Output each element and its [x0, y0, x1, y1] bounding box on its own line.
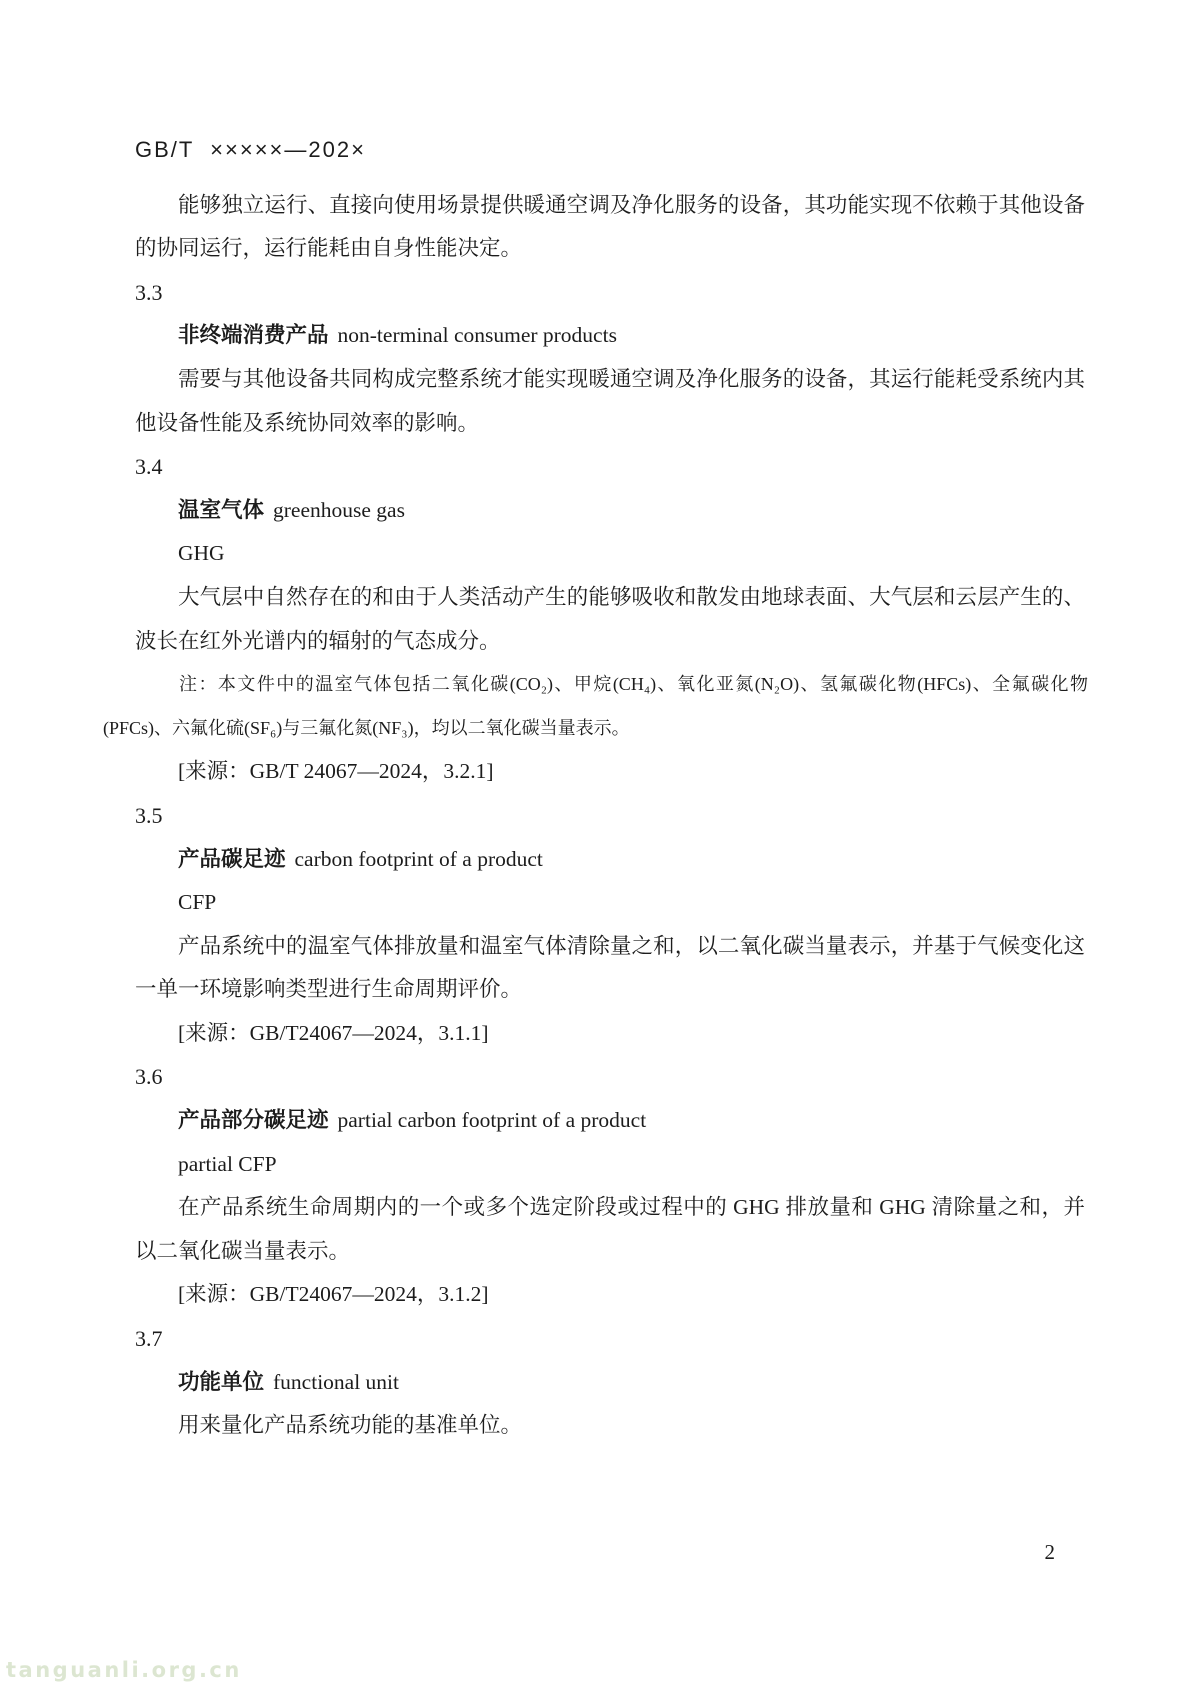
term-zh: 产品部分碳足迹 [178, 1108, 329, 1132]
note-3-4: 注：本文件中的温室气体包括二氧化碳(CO₂)、甲烷(CH₄)、氧化亚氮(N₂O)… [103, 663, 1088, 750]
term-line-3-3: 非终端消费产品non-terminal consumer products [135, 314, 1085, 358]
term-en: carbon footprint of a product [295, 847, 543, 871]
definition-paragraph-3-3: 需要与其他设备共同构成完整系统才能实现暖通空调及净化服务的设备，其运行能耗受系统… [135, 358, 1085, 445]
source-reference-3-5: [来源：GB/T24067—2024，3.1.1] [135, 1012, 1085, 1056]
term-line-3-5: 产品碳足迹carbon footprint of a product [135, 838, 1085, 882]
term-line-3-7: 功能单位functional unit [135, 1361, 1085, 1405]
running-header-standard-number: GB/T ×××××—202× [135, 128, 1085, 172]
abbreviation-3-4: GHG [135, 532, 1085, 576]
term-en: partial carbon footprint of a product [338, 1108, 647, 1132]
abbreviation-3-5: CFP [135, 881, 1085, 925]
term-en: greenhouse gas [273, 498, 405, 522]
definition-paragraph-3-2: 能够独立运行、直接向使用场景提供暖通空调及净化服务的设备，其功能实现不依赖于其他… [135, 184, 1085, 271]
clause-number-3-7: 3.7 [135, 1317, 1085, 1361]
clause-number-3-4: 3.4 [135, 445, 1085, 489]
clause-number-3-3: 3.3 [135, 271, 1085, 315]
term-en: non-terminal consumer products [338, 323, 617, 347]
document-page: GB/T ×××××—202× 能够独立运行、直接向使用场景提供暖通空调及净化服… [0, 0, 1190, 1683]
definition-paragraph-3-7: 用来量化产品系统功能的基准单位。 [135, 1404, 1085, 1448]
term-line-3-4: 温室气体greenhouse gas [135, 489, 1085, 533]
term-zh: 非终端消费产品 [178, 323, 329, 347]
definition-paragraph-3-6: 在产品系统生命周期内的一个或多个选定阶段或过程中的 GHG 排放量和 GHG 清… [135, 1186, 1085, 1273]
definition-paragraph-3-4: 大气层中自然存在的和由于人类活动产生的能够吸收和散发由地球表面、大气层和云层产生… [135, 576, 1085, 663]
clause-number-3-6: 3.6 [135, 1055, 1085, 1099]
term-zh: 温室气体 [178, 498, 264, 522]
term-zh: 功能单位 [178, 1370, 264, 1394]
text-column: GB/T ×××××—202× 能够独立运行、直接向使用场景提供暖通空调及净化服… [135, 128, 1085, 1448]
term-en: functional unit [273, 1370, 399, 1394]
term-line-3-6: 产品部分碳足迹partial carbon footprint of a pro… [135, 1099, 1085, 1143]
term-zh: 产品碳足迹 [178, 847, 286, 871]
definition-paragraph-3-5: 产品系统中的温室气体排放量和温室气体清除量之和，以二氧化碳当量表示，并基于气候变… [135, 925, 1085, 1012]
source-reference-3-6: [来源：GB/T24067—2024，3.1.2] [135, 1273, 1085, 1317]
page-number: 2 [135, 1540, 1055, 1565]
watermark: tanguanli.org.cn [6, 1658, 242, 1682]
abbreviation-3-6: partial CFP [135, 1143, 1085, 1187]
clause-number-3-5: 3.5 [135, 794, 1085, 838]
source-reference-3-4: [来源：GB/T 24067—2024，3.2.1] [135, 750, 1085, 794]
